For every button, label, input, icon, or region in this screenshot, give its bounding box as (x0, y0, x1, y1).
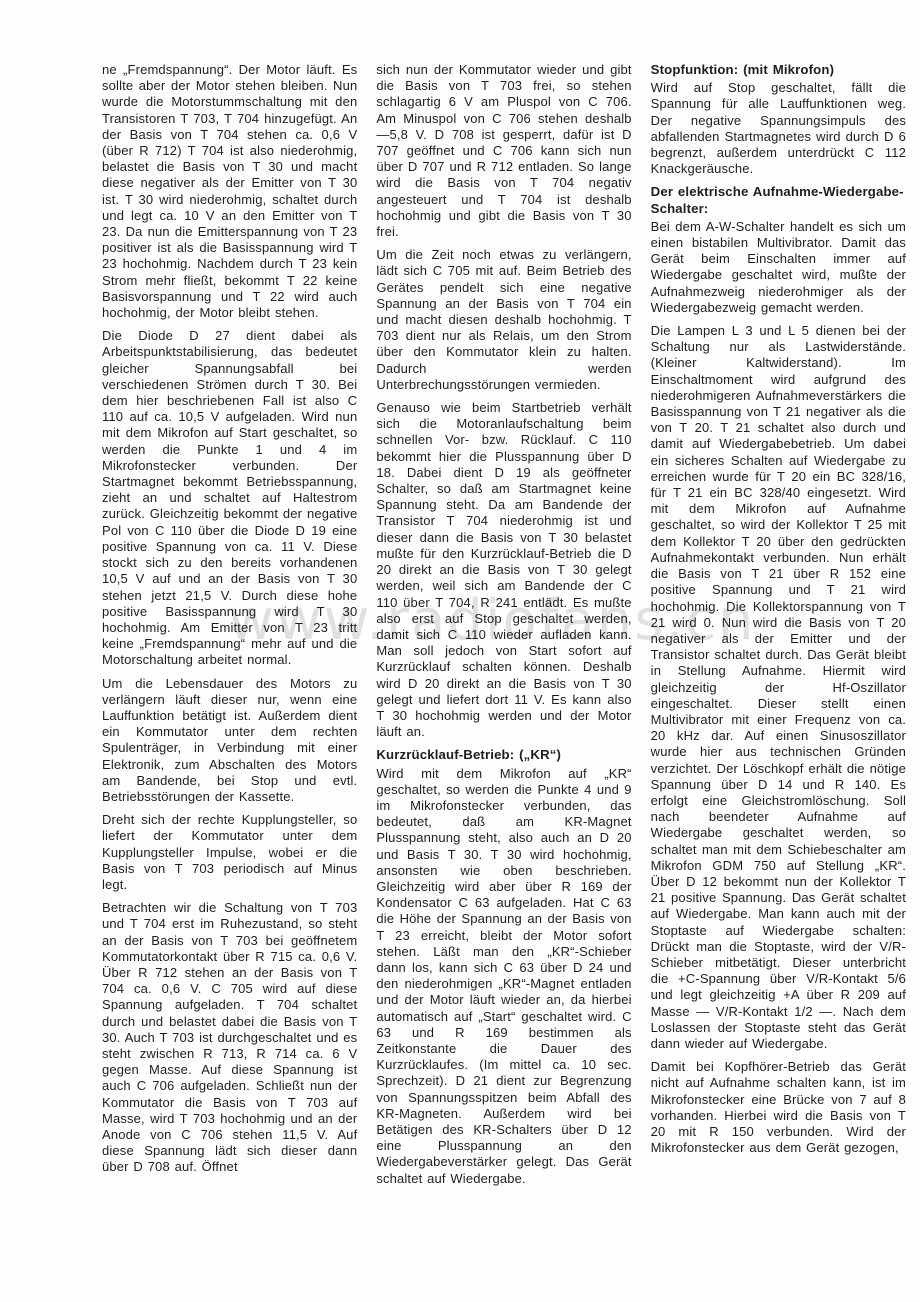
section-heading-kurzruecklauf: Kurzrücklauf-Betrieb: („KR“) (376, 747, 631, 763)
paragraph: Dreht sich der rechte Kupplungsteller, s… (102, 812, 357, 893)
column-1: ne „Fremdspannung“. Der Motor läuft. Es … (102, 62, 357, 1194)
paragraph: Um die Zeit noch etwas zu verlängern, lä… (376, 247, 631, 393)
paragraph: Wird mit dem Mikrofon auf „KR“ geschalte… (376, 766, 631, 1187)
paragraph: Die Lampen L 3 und L 5 dienen bei der Sc… (651, 323, 906, 1052)
paragraph: Wird auf Stop geschaltet, fällt die Span… (651, 80, 906, 177)
column-2: sich nun der Kommutator wieder und gibt … (376, 62, 631, 1194)
paragraph: Betrachten wir die Schaltung von T 703 u… (102, 900, 357, 1175)
paragraph: Um die Lebensdauer des Motors zu verläng… (102, 676, 357, 806)
section-heading-aufnahme-wiedergabe-schalter: Der elektrische Aufnahme-Wiedergabe-Scha… (651, 184, 906, 216)
paragraph: Bei dem A-W-Schalter handelt es sich um … (651, 219, 906, 316)
paragraph: Genauso wie beim Startbetrieb verhält si… (376, 400, 631, 740)
paragraph: Die Diode D 27 dient dabei als Arbeitspu… (102, 328, 357, 668)
document-page: www.radiofans.cn ne „Fremdspannung“. Der… (0, 0, 920, 1302)
column-3: Stopfunktion: (mit Mikrofon) Wird auf St… (651, 62, 906, 1194)
paragraph: sich nun der Kommutator wieder und gibt … (376, 62, 631, 240)
paragraph: ne „Fremdspannung“. Der Motor läuft. Es … (102, 62, 357, 321)
paragraph: Damit bei Kopfhörer-Betrieb das Gerät ni… (651, 1059, 906, 1156)
text-columns: ne „Fremdspannung“. Der Motor läuft. Es … (102, 62, 906, 1194)
section-heading-stopfunktion: Stopfunktion: (mit Mikrofon) (651, 62, 906, 78)
